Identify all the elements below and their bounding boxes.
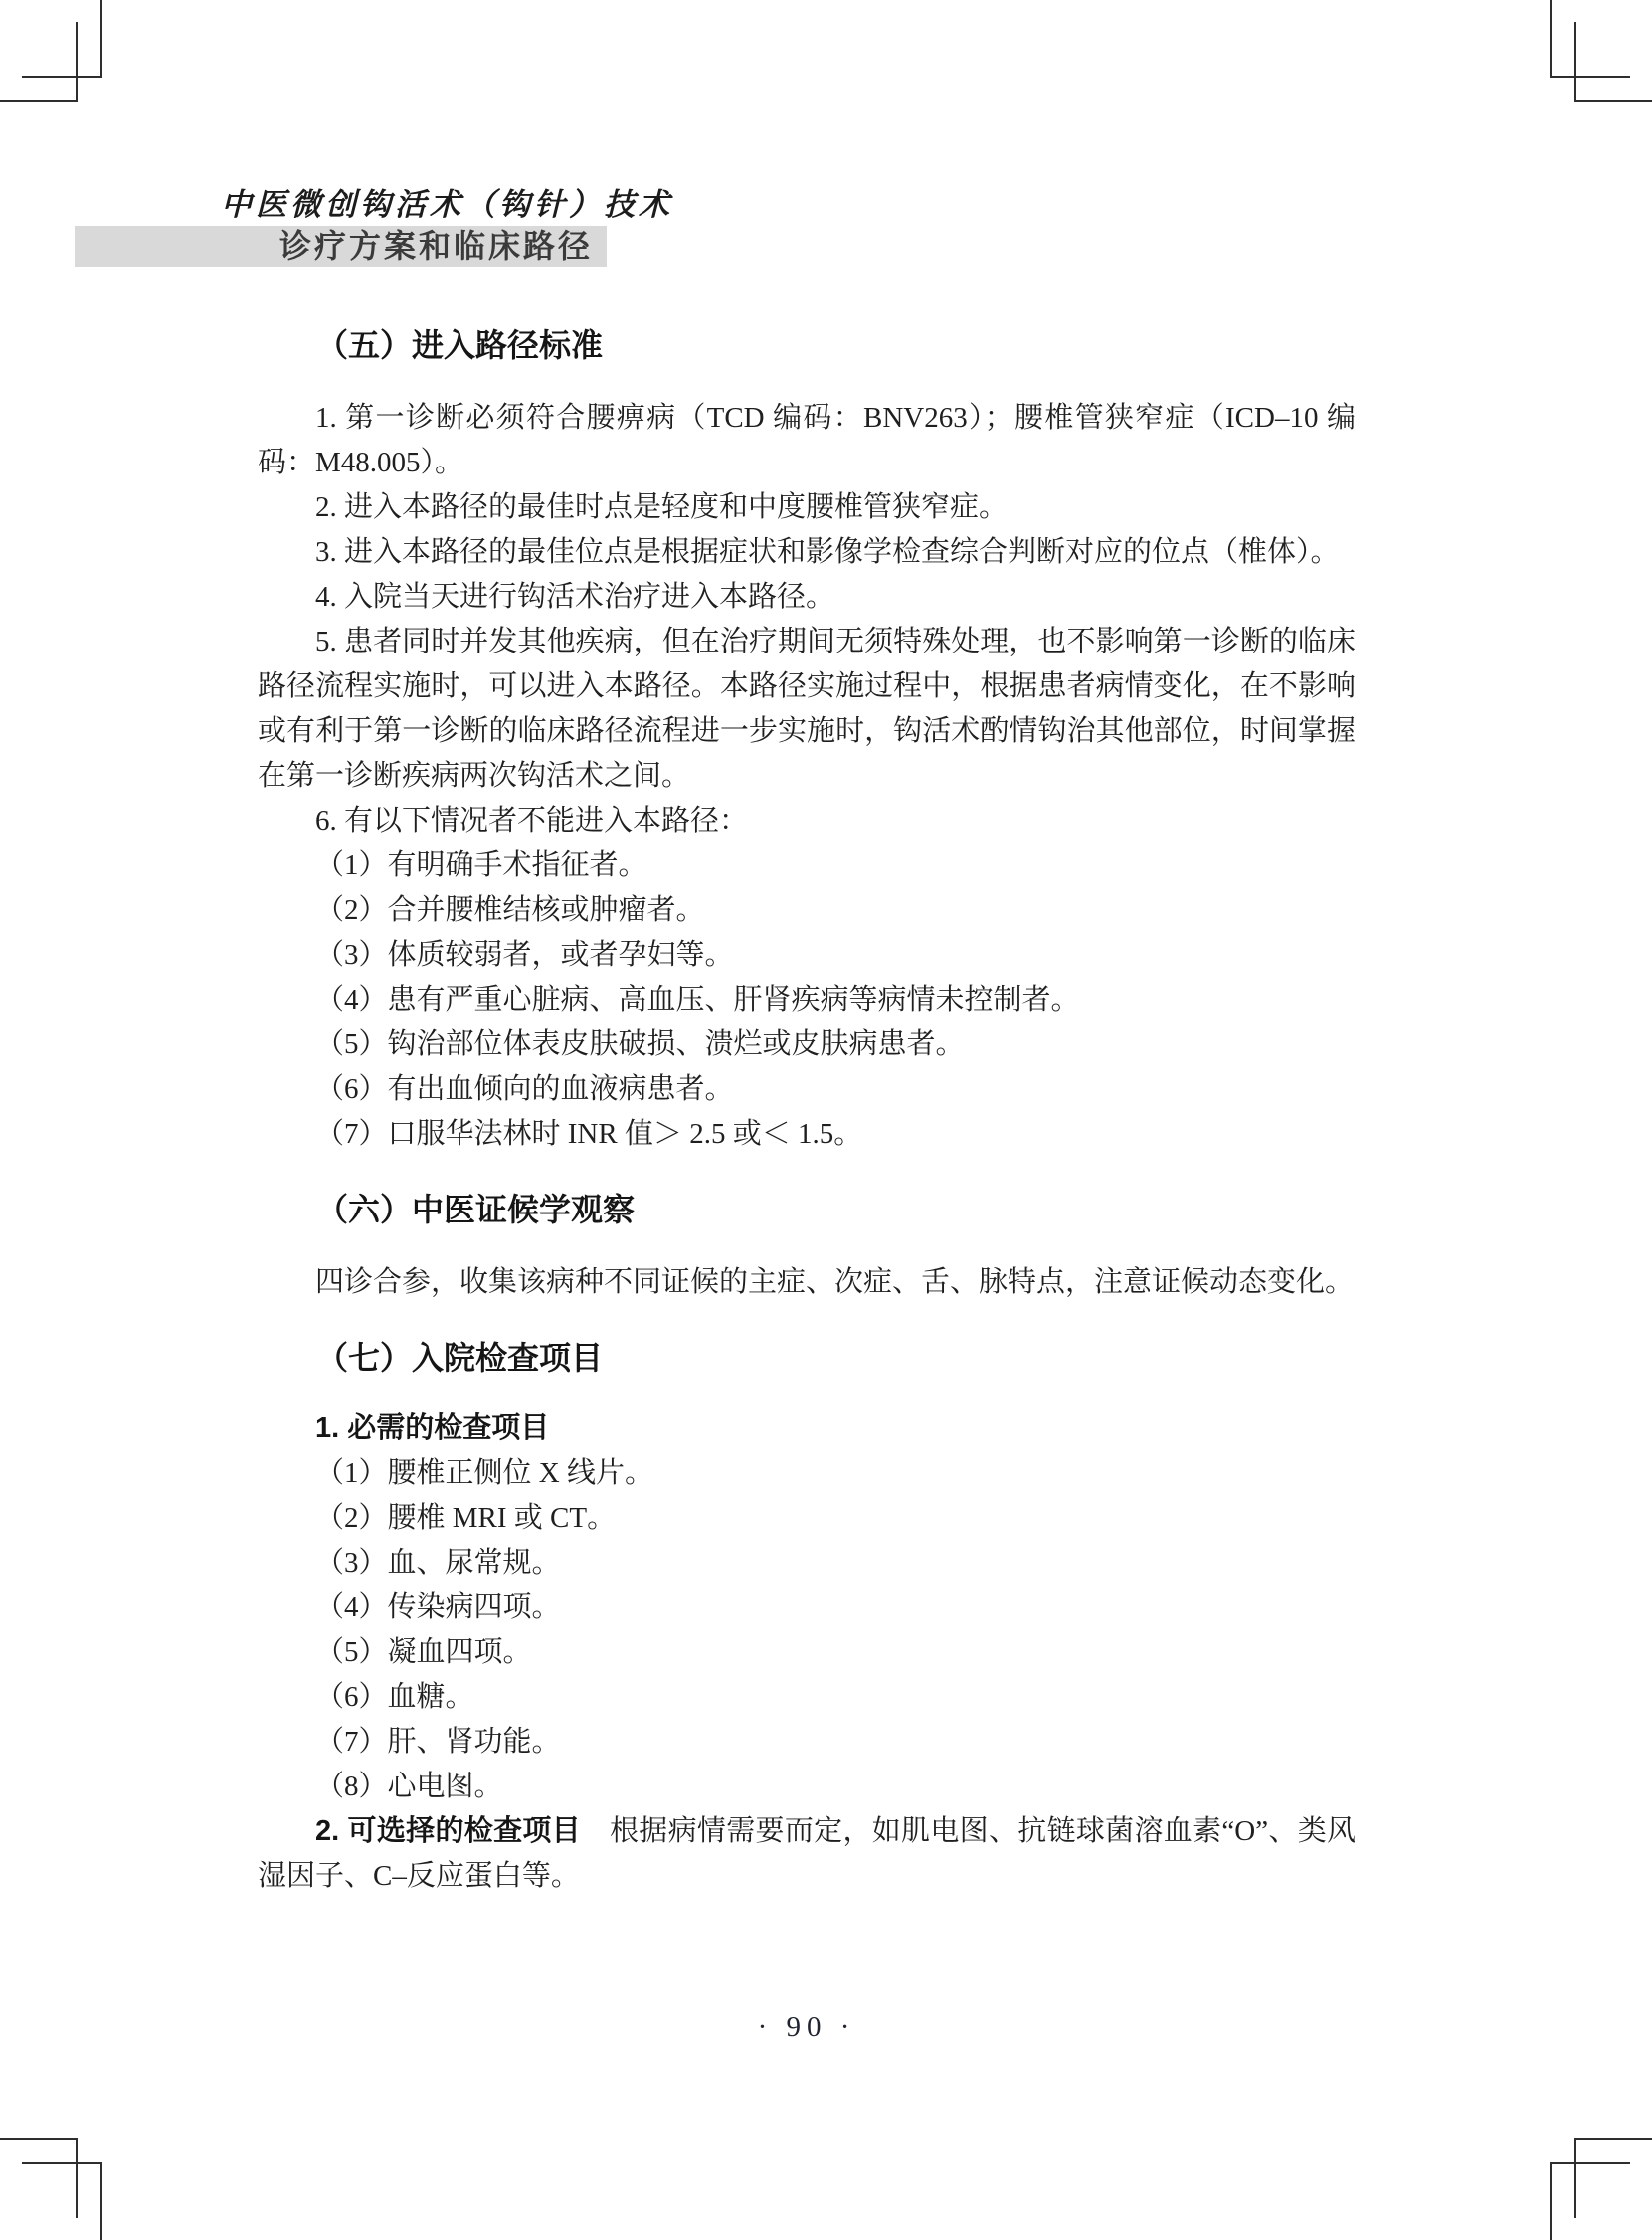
paragraph: 2. 进入本路径的最佳时点是轻度和中度腰椎管狭窄症。 <box>258 485 1356 530</box>
sub-heading-required: 1. 必需的检查项目 <box>258 1406 1356 1451</box>
list-item: （1）有明确手术指征者。 <box>258 843 1356 888</box>
crop-line <box>76 2138 78 2218</box>
list-item: （7）肝、肾功能。 <box>258 1720 1356 1765</box>
section-heading-7: （七）入院检查项目 <box>258 1333 1356 1383</box>
page-body: （五）进入路径标准 1. 第一诊断必须符合腰痹病（TCD 编码：BNV263）；… <box>258 320 1356 1899</box>
crop-line <box>1574 2138 1652 2140</box>
list-item: （1）腰椎正侧位 X 线片。 <box>258 1451 1356 1496</box>
section-heading-5: （五）进入路径标准 <box>258 320 1356 370</box>
crop-line <box>1574 2138 1576 2218</box>
page-number: · 90 · <box>258 2011 1356 2044</box>
list-item: （6）有出血倾向的血液病患者。 <box>258 1067 1356 1112</box>
list-item: （6）血糖。 <box>258 1675 1356 1720</box>
paragraph: 5. 患者同时并发其他疾病，但在治疗期间无须特殊处理，也不影响第一诊断的临床路径… <box>258 620 1356 799</box>
list-item: （4）患有严重心脏病、高血压、肝肾疾病等病情未控制者。 <box>258 978 1356 1023</box>
paragraph: 1. 第一诊断必须符合腰痹病（TCD 编码：BNV263）；腰椎管狭窄症（ICD… <box>258 396 1356 485</box>
crop-line <box>100 2162 102 2240</box>
list-item: （5）凝血四项。 <box>258 1630 1356 1675</box>
crop-line <box>1550 2162 1552 2240</box>
list-item: （3）血、尿常规。 <box>258 1541 1356 1586</box>
paragraph: 四诊合参，收集该病种不同证候的主症、次症、舌、脉特点，注意证候动态变化。 <box>258 1260 1356 1305</box>
crop-line <box>1550 76 1630 78</box>
paragraph: 4. 入院当天进行钩活术治疗进入本路径。 <box>258 575 1356 620</box>
list-item: （2）腰椎 MRI 或 CT。 <box>258 1496 1356 1541</box>
section-heading-6: （六）中医证候学观察 <box>258 1185 1356 1234</box>
paragraph-optional-checks: 2. 可选择的检查项目根据病情需要而定，如肌电图、抗链球菌溶血素“O”、类风湿因… <box>258 1809 1356 1899</box>
crop-line <box>76 22 78 102</box>
book-title: 中医微创钩活术（钩针）技术 <box>221 179 673 224</box>
crop-line <box>0 2138 78 2140</box>
list-item: （7）口服华法林时 INR 值＞ 2.5 或＜ 1.5。 <box>258 1112 1356 1157</box>
crop-line <box>100 0 102 78</box>
list-item: （5）钩治部位体表皮肤破损、溃烂或皮肤病患者。 <box>258 1023 1356 1067</box>
crop-line <box>22 2162 102 2164</box>
paragraph: 3. 进入本路径的最佳位点是根据症状和影像学检查综合判断对应的位点（椎体）。 <box>258 530 1356 575</box>
sub-heading-optional: 2. 可选择的检查项目 <box>315 1815 581 1847</box>
list-item: （2）合并腰椎结核或肿瘤者。 <box>258 888 1356 933</box>
paragraph: 6. 有以下情况者不能进入本路径： <box>258 799 1356 843</box>
crop-line <box>1574 100 1652 102</box>
list-item: （4）传染病四项。 <box>258 1586 1356 1630</box>
crop-line <box>0 100 78 102</box>
crop-line <box>1574 22 1576 102</box>
crop-line <box>1550 0 1552 78</box>
chapter-title-bar: 诊疗方案和临床路径 <box>75 226 607 267</box>
crop-line <box>1550 2162 1630 2164</box>
list-item: （8）心电图。 <box>258 1765 1356 1809</box>
crop-line <box>22 76 102 78</box>
list-item: （3）体质较弱者，或者孕妇等。 <box>258 933 1356 978</box>
